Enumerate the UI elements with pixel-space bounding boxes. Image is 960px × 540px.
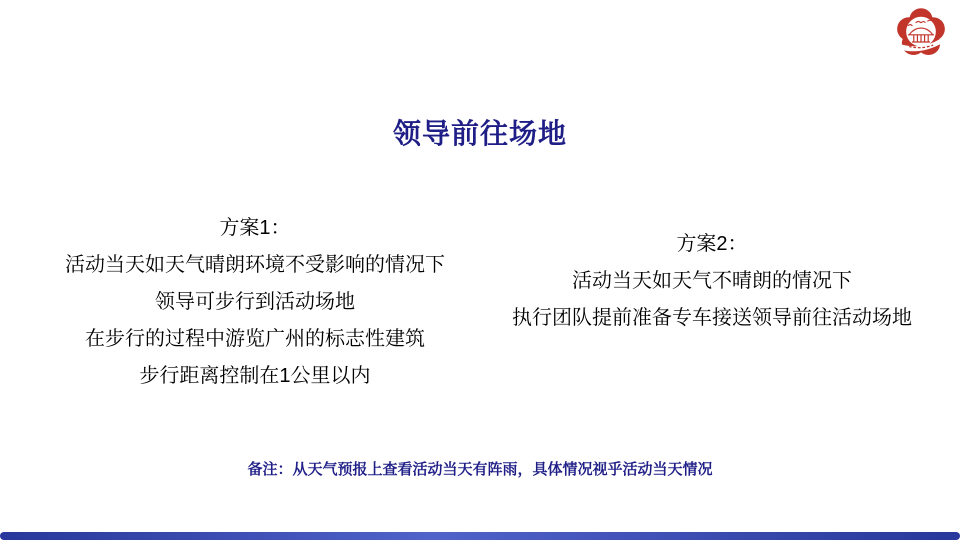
bottom-bar [0,532,960,540]
plan1-line-3: 在步行的过程中游览广州的标志性建筑 [30,321,480,358]
note-text: 备注：从天气预报上查看活动当天有阵雨，具体情况视乎活动当天情况 [0,458,960,479]
plan2-line-1: 活动当天如天气不晴朗的情况下 [487,263,937,300]
plan1-line-1: 活动当天如天气晴朗环境不受影响的情况下 [30,247,480,284]
plum-blossom-logo-svg [894,6,948,60]
plan1-heading: 方案1： [30,210,480,247]
plan1-line-4: 步行距离控制在1公里以内 [30,358,480,395]
plan2-line-2: 执行团队提前准备专车接送领导前往活动场地 [487,300,937,337]
presentation-slide: 领导前往场地 方案1： 活动当天如天气晴朗环境不受影响的情况下 领导可步行到活动… [0,0,960,540]
plan2-block: 方案2： 活动当天如天气不晴朗的情况下 执行团队提前准备专车接送领导前往活动场地 [487,226,937,337]
slide-title: 领导前往场地 [0,112,960,152]
plan1-line-2: 领导可步行到活动场地 [30,284,480,321]
plan1-block: 方案1： 活动当天如天气晴朗环境不受影响的情况下 领导可步行到活动场地 在步行的… [30,210,480,395]
plan2-heading: 方案2： [487,226,937,263]
plum-blossom-logo-icon [894,6,948,60]
